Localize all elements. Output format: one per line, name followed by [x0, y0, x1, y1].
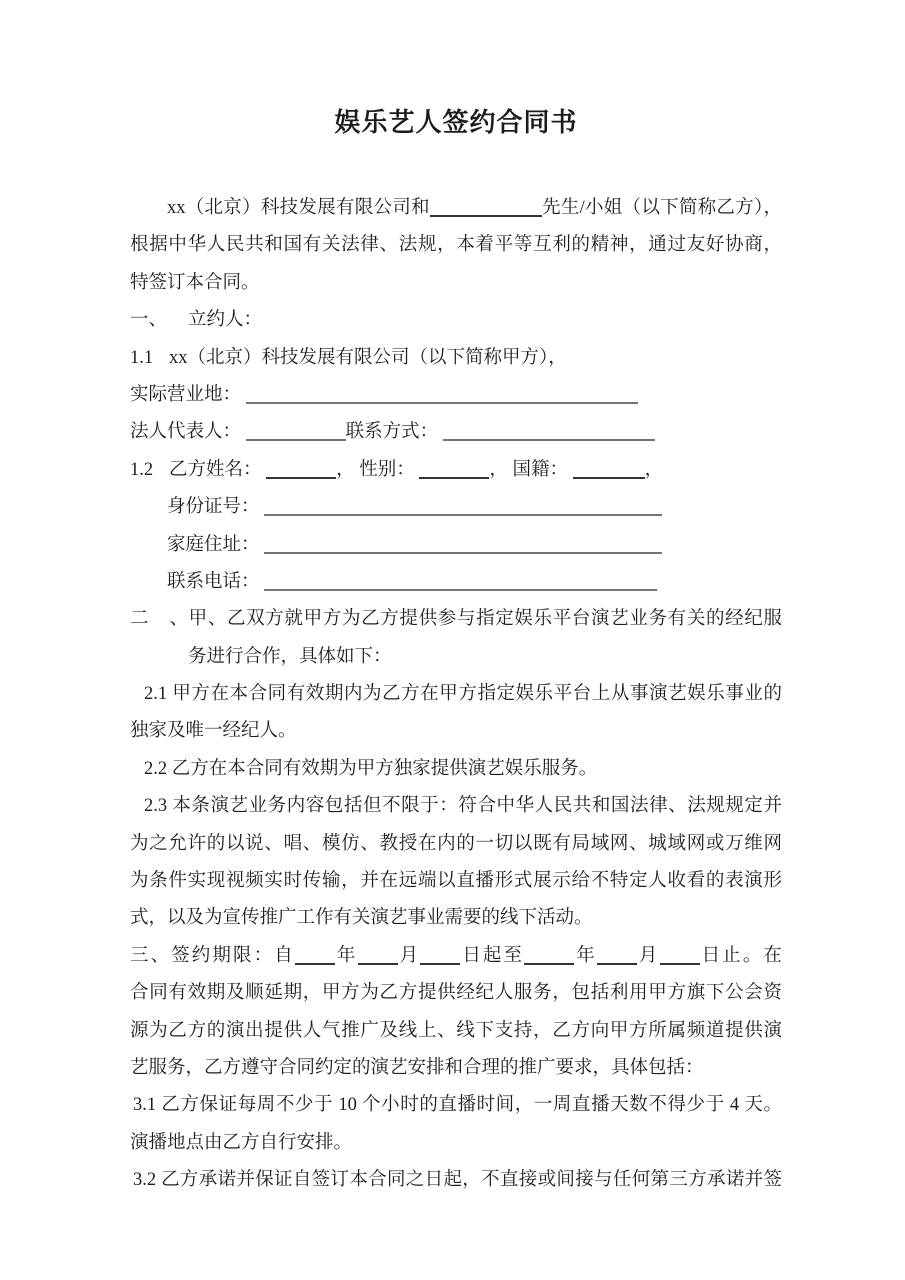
section-2-heading-line-1-marker: 二、: [130, 601, 188, 638]
section-3-line-3-text-0: 源为乙方的演出提供人气推广及线上、线下支持，乙方向甲方所属频道提供演: [130, 1021, 782, 1041]
section-1-heading-text-0: 立约人：: [188, 310, 262, 330]
field-id-number-text-0: 身份证号：: [167, 497, 264, 517]
field-phone: 联系电话：: [130, 564, 782, 601]
section-3-line-1-blank-1: [295, 951, 335, 965]
clause-1-2-text-4: ， 国籍：: [489, 460, 572, 480]
section-3-line-3: 源为乙方的演出提供人气推广及线上、线下支持，乙方向甲方所属频道提供演: [130, 1013, 782, 1050]
section-2-heading-line-2: 务进行合作，具体如下：: [130, 639, 782, 676]
clause-2-1-line-2: 独家及唯一经纪人。: [130, 713, 782, 750]
clause-1-2-blank-3: [419, 465, 489, 479]
field-business-address-text-0: 实际营业地：: [130, 385, 246, 405]
clause-1-2-blank-1: [266, 465, 336, 479]
intro-line-1-text-0: xx（北京）科技发展有限公司和: [167, 198, 430, 218]
section-2-heading-line-1: 二、甲、乙双方就甲方为乙方提供参与指定娱乐平台演艺业务有关的经纪服: [130, 601, 782, 638]
clause-3-2-line-1-text-0: 3.2 乙方承诺并保证自签订本合同之日起，不直接或间接与任何第三方承诺并签: [133, 1170, 782, 1190]
clause-3-1-line-1-text-0: 3.1 乙方保证每周不少于 10 个小时的直播时间，一周直播天数不得少于 4 天…: [133, 1095, 782, 1115]
intro-line-1-blank-1: [430, 203, 542, 217]
field-legal-rep-and-contact: 法人代表人： 联系方式：: [130, 414, 782, 451]
clause-2-3-line-2: 为之允许的以说、唱、模仿、教授在内的一切以既有局域网、城域网或万维网: [130, 826, 782, 863]
clause-1-1-text-0: xx（北京）科技发展有限公司（以下简称甲方），: [169, 348, 567, 368]
clause-2-3-line-4-text-0: 式，以及为宣传推广工作有关演艺事业需要的线下活动。: [130, 908, 593, 928]
clause-1-2-text-0: 乙方姓名：: [169, 460, 266, 480]
field-legal-rep-and-contact-text-0: 法人代表人：: [130, 422, 246, 442]
section-3-line-1-blank-11: [660, 951, 700, 965]
section-1-heading-marker: 一、: [130, 302, 188, 339]
section-3-line-1: 三、签约期限：自年月日起至年月日止。在: [130, 938, 782, 975]
intro-line-3-text-0: 特签订本合同。: [130, 273, 260, 293]
section-3-line-4: 艺服务，乙方遵守合同约定的演艺安排和合理的推广要求，具体包括：: [130, 1050, 782, 1087]
clause-2-3-line-3-text-0: 为条件实现视频实时传输，并在远端以直播形式展示给不特定人收看的表演形: [130, 871, 782, 891]
section-3-line-1-blank-5: [420, 951, 460, 965]
field-phone-blank-1: [264, 577, 657, 591]
section-3-line-2-text-0: 合同有效期及顺延期，甲方为乙方提供经纪人服务，包括利用甲方旗下公会资: [130, 983, 782, 1003]
clause-2-1-line-1: 2.1 甲方在本合同有效期内为乙方在甲方指定娱乐平台上从事演艺娱乐事业的: [130, 676, 782, 713]
clause-2-3-line-2-text-0: 为之允许的以说、唱、模仿、教授在内的一切以既有局域网、城域网或万维网: [130, 834, 782, 854]
clause-1-1: 1.1xx（北京）科技发展有限公司（以下简称甲方），: [130, 340, 782, 377]
clause-1-2-text-2: ， 性别：: [336, 460, 419, 480]
field-id-number: 身份证号：: [130, 489, 782, 526]
intro-line-1: xx（北京）科技发展有限公司和先生/小姐（以下简称乙方），: [130, 190, 782, 227]
field-home-address: 家庭住址：: [130, 527, 782, 564]
clause-1-2-blank-5: [573, 465, 645, 479]
field-business-address: 实际营业地：: [130, 377, 782, 414]
document-body: xx（北京）科技发展有限公司和先生/小姐（以下简称乙方），根据中华人民共和国有关…: [130, 190, 782, 1200]
section-3-line-1-text-2: 年: [335, 946, 358, 966]
clause-1-2: 1.2乙方姓名： ， 性别： ， 国籍： ，: [130, 452, 782, 489]
clause-1-2-marker: 1.2: [130, 452, 169, 489]
intro-line-2: 根据中华人民共和国有关法律、法规，本着平等互利的精神，通过友好协商，: [130, 227, 782, 264]
clause-1-1-marker: 1.1: [130, 340, 169, 377]
field-legal-rep-and-contact-text-2: 联系方式：: [346, 422, 443, 442]
clause-2-3-line-3: 为条件实现视频实时传输，并在远端以直播形式展示给不特定人收看的表演形: [130, 863, 782, 900]
intro-line-1-text-2: 先生/小姐（以下简称乙方），: [542, 198, 782, 218]
clause-2-2-text-0: 2.2 乙方在本合同有效期为甲方独家提供演艺娱乐服务。: [144, 759, 597, 779]
section-2-heading-line-2-text-0: 务进行合作，具体如下：: [188, 647, 392, 667]
clause-2-3-line-4: 式，以及为宣传推广工作有关演艺事业需要的线下活动。: [130, 900, 782, 937]
clause-2-3-line-1: 2.3 本条演艺业务内容包括但不限于：符合中华人民共和国法律、法规规定并: [130, 788, 782, 825]
section-3-line-1-text-6: 日起至: [460, 946, 524, 966]
section-3-line-4-text-0: 艺服务，乙方遵守合同约定的演艺安排和合理的推广要求，具体包括：: [130, 1058, 704, 1078]
section-3-line-1-text-0: 三、签约期限：自: [130, 946, 295, 966]
field-legal-rep-and-contact-blank-1: [246, 427, 346, 441]
intro-line-3: 特签订本合同。: [130, 265, 782, 302]
section-3-line-1-text-8: 年: [574, 946, 597, 966]
field-home-address-blank-1: [264, 540, 662, 554]
section-3-line-1-blank-7: [524, 951, 574, 965]
section-2-heading-line-1-text-0: 甲、乙双方就甲方为乙方提供参与指定娱乐平台演艺业务有关的经纪服: [188, 609, 782, 629]
field-business-address-blank-1: [246, 390, 638, 404]
clause-3-1-line-1: 3.1 乙方保证每周不少于 10 个小时的直播时间，一周直播天数不得少于 4 天…: [130, 1087, 782, 1124]
section-3-line-1-blank-3: [358, 951, 398, 965]
contract-content: 娱乐艺人签约合同书 xx（北京）科技发展有限公司和先生/小姐（以下简称乙方），根…: [130, 104, 782, 1200]
clause-2-3-line-1-text-0: 2.3 本条演艺业务内容包括但不限于：符合中华人民共和国法律、法规规定并: [144, 796, 782, 816]
document-title: 娱乐艺人签约合同书: [130, 104, 782, 142]
clause-3-1-line-2-text-0: 演播地点由乙方自行安排。: [130, 1133, 352, 1153]
clause-2-1-line-2-text-0: 独家及唯一经纪人。: [130, 721, 297, 741]
clause-3-2-line-1: 3.2 乙方承诺并保证自签订本合同之日起，不直接或间接与任何第三方承诺并签: [130, 1162, 782, 1199]
intro-line-2-text-0: 根据中华人民共和国有关法律、法规，本着平等互利的精神，通过友好协商，: [130, 235, 782, 255]
section-3-line-1-text-4: 月: [398, 946, 421, 966]
field-phone-text-0: 联系电话：: [167, 572, 264, 592]
section-3-line-2: 合同有效期及顺延期，甲方为乙方提供经纪人服务，包括利用甲方旗下公会资: [130, 975, 782, 1012]
clause-3-1-line-2: 演播地点由乙方自行安排。: [130, 1125, 782, 1162]
clause-2-2: 2.2 乙方在本合同有效期为甲方独家提供演艺娱乐服务。: [130, 751, 782, 788]
contract-page: 娱乐艺人签约合同书 xx（北京）科技发展有限公司和先生/小姐（以下简称乙方），根…: [0, 0, 905, 1280]
field-home-address-text-0: 家庭住址：: [167, 535, 264, 555]
field-id-number-blank-1: [264, 502, 662, 516]
field-legal-rep-and-contact-blank-3: [443, 427, 655, 441]
section-3-line-1-blank-9: [597, 951, 637, 965]
section-3-line-1-text-12: 日止。在: [700, 946, 782, 966]
clause-1-2-text-6: ，: [645, 460, 664, 480]
section-3-line-1-text-10: 月: [637, 946, 660, 966]
clause-2-1-line-1-text-0: 2.1 甲方在本合同有效期内为乙方在甲方指定娱乐平台上从事演艺娱乐事业的: [144, 684, 782, 704]
section-1-heading: 一、立约人：: [130, 302, 782, 339]
